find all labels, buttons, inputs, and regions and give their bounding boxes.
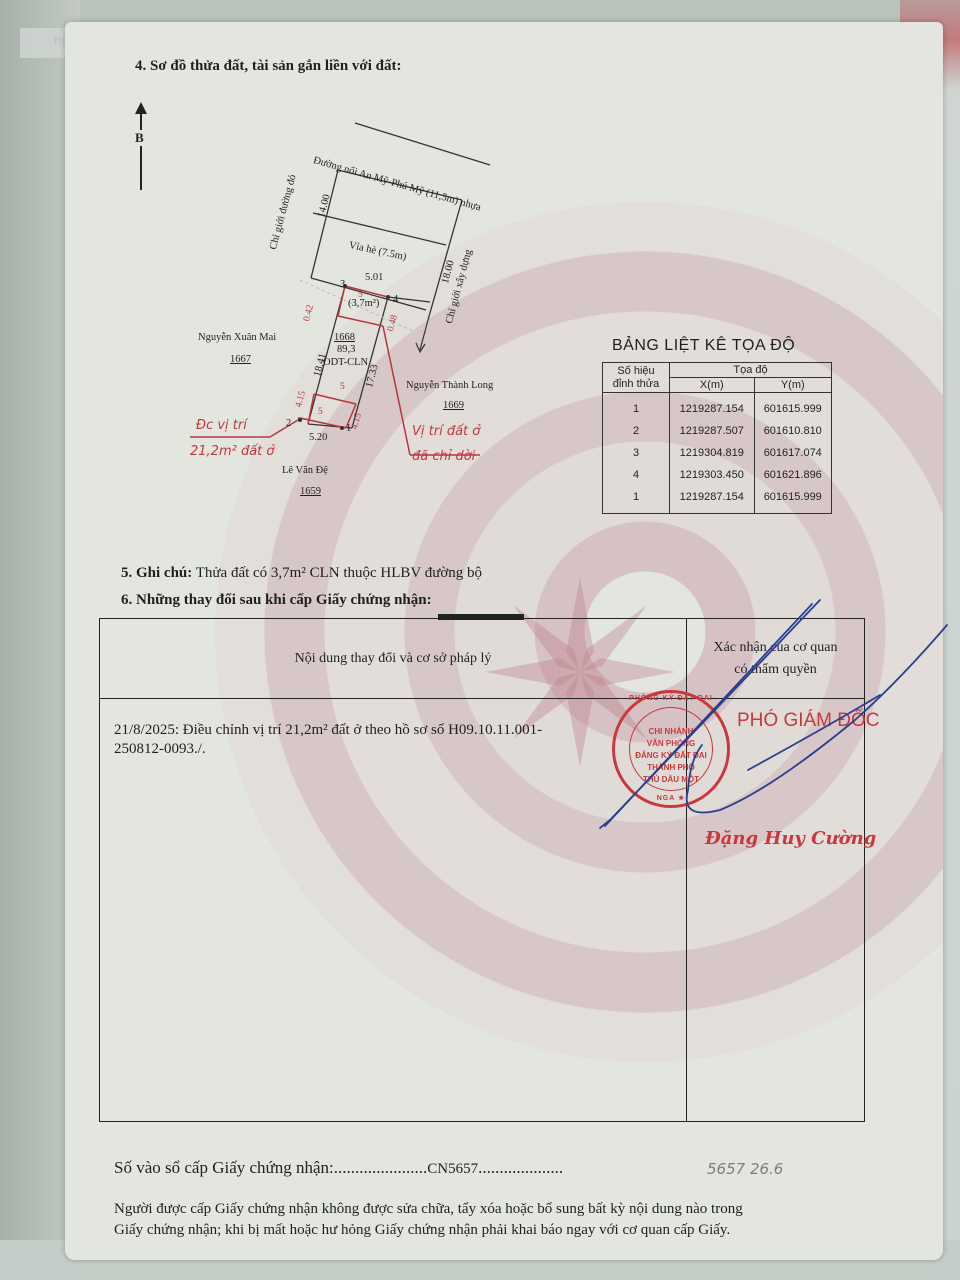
notice-line-2: Giấy chứng nhận; khi bị mất hoặc hư hỏng… [114, 1222, 730, 1239]
registry-line: Số vào sổ cấp Giấy chứng nhận:..........… [114, 1158, 563, 1178]
registry-handwritten-note: 5657 26.6 [707, 1160, 783, 1178]
notice-line-1: Người được cấp Giấy chứng nhận không đượ… [114, 1201, 743, 1218]
registry-label: Số vào sổ cấp Giấy chứng nhận: [114, 1158, 334, 1177]
registry-number: CN5657 [427, 1161, 478, 1177]
signature-icon [0, 0, 960, 900]
